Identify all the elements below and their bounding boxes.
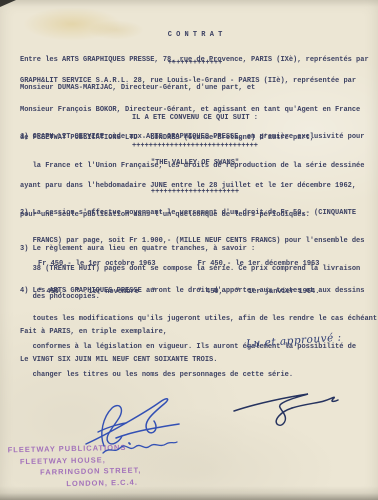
- left-initials-signature: [98, 406, 130, 446]
- bokor-signature: [234, 394, 338, 425]
- signatures-layer: [0, 0, 378, 500]
- marijac-signature: [86, 399, 179, 453]
